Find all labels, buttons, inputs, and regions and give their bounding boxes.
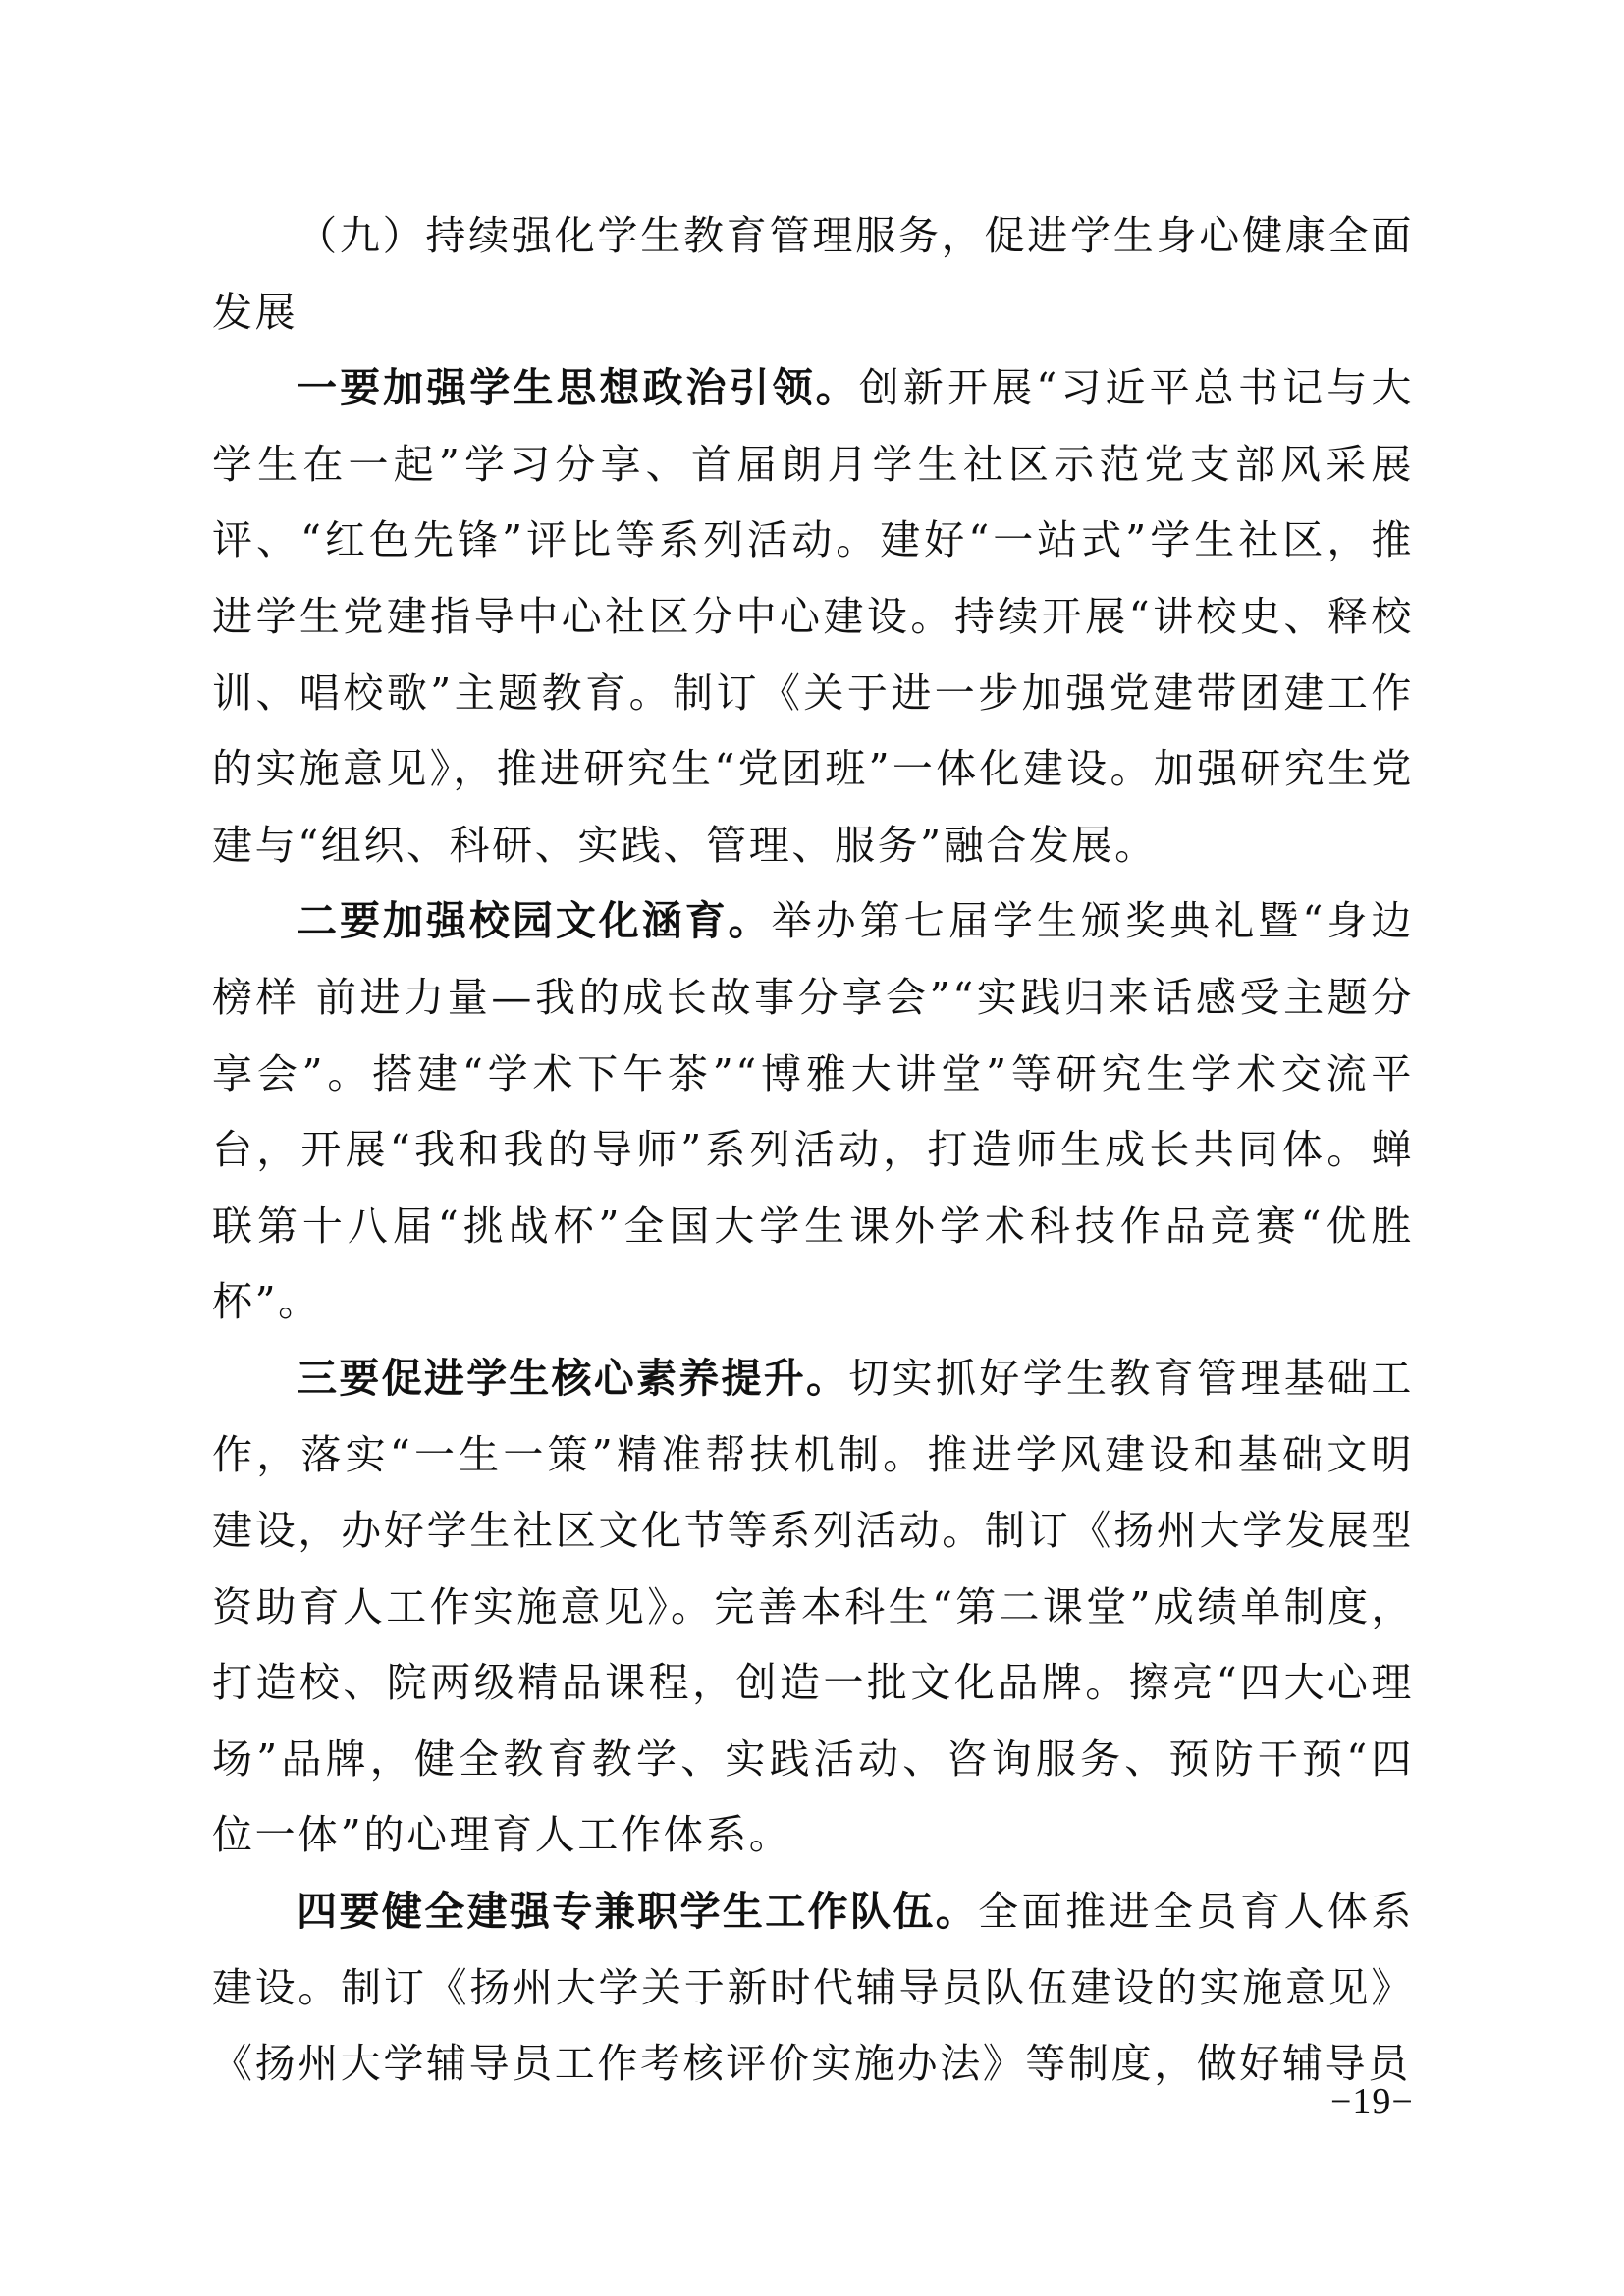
paragraph-body: 举办第七届学生颁奖典礼暨“身边榜样 前进力量—我的成长故事分享会”“实践归来话感… xyxy=(212,897,1414,1325)
paragraph-body: 切实抓好学生教育管理基础工作，落实“一生一策”精准帮扶机制。推进学风建设和基础文… xyxy=(212,1355,1414,1859)
paragraph-lead: 三要促进学生核心素养提升。 xyxy=(297,1355,848,1402)
document-page: （九）持续强化学生教育管理服务，促进学生身心健康全面发展 一要加强学生思想政治引… xyxy=(0,0,1624,2296)
paragraph-4: 四要健全建强专兼职学生工作队伍。全面推进全员育人体系建设。制订《扬州大学关于新时… xyxy=(212,1874,1414,2103)
paragraph-3: 三要促进学生核心素养提升。切实抓好学生教育管理基础工作，落实“一生一策”精准帮扶… xyxy=(212,1341,1414,1874)
page-number: −19− xyxy=(1330,2080,1414,2123)
paragraph-2: 二要加强校园文化涵育。举办第七届学生颁奖典礼暨“身边榜样 前进力量—我的成长故事… xyxy=(212,883,1414,1341)
paragraph-lead: 二要加强校园文化涵育。 xyxy=(297,897,772,944)
paragraph-lead: 四要健全建强专兼职学生工作队伍。 xyxy=(297,1888,978,1935)
paragraph-lead: 一要加强学生思想政治引领。 xyxy=(297,364,859,411)
paragraph-body: 创新开展“习近平总书记与大学生在一起”学习分享、首届朗月学生社区示范党支部风采展… xyxy=(212,364,1414,869)
section-heading: （九）持续强化学生教育管理服务，促进学生身心健康全面发展 xyxy=(212,198,1414,350)
document-body: （九）持续强化学生教育管理服务，促进学生身心健康全面发展 一要加强学生思想政治引… xyxy=(212,198,1414,2103)
paragraph-1: 一要加强学生思想政治引领。创新开展“习近平总书记与大学生在一起”学习分享、首届朗… xyxy=(212,350,1414,883)
